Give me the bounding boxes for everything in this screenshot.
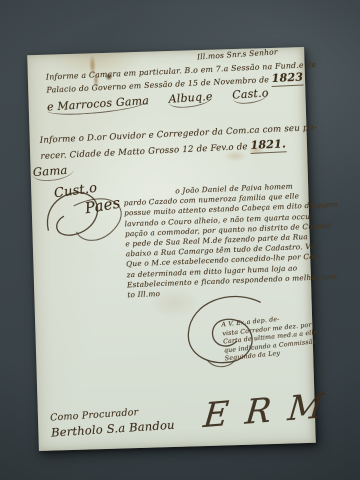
manuscript-paper: Ill.mos Snr.s Senhor Informe a Camara em… <box>27 47 316 451</box>
closing-monogram-erm: E R M <box>202 386 328 436</box>
signature-gama-rubric: Gama <box>32 162 74 182</box>
signature-castello: Cast.o <box>232 86 269 104</box>
petition-body: o João Daniel de Paiva homem pardo Cazad… <box>123 181 307 300</box>
signature-marrocos-gama: e Marrocos Gama <box>47 94 150 117</box>
marginal-note: A V. Ex.a dep. de- vista Corredor me dez… <box>221 313 311 364</box>
procurador-block: Como Procurador Bertholo S.a Bandou <box>50 405 175 440</box>
despacho-ouvidor: Informe o D.or Ouvidor e Corregedor da C… <box>40 123 301 164</box>
year-1823: 1823 <box>271 70 303 86</box>
signature-albuquerque: Albuq.e <box>168 90 213 109</box>
year-1821: 1821. <box>250 137 286 154</box>
